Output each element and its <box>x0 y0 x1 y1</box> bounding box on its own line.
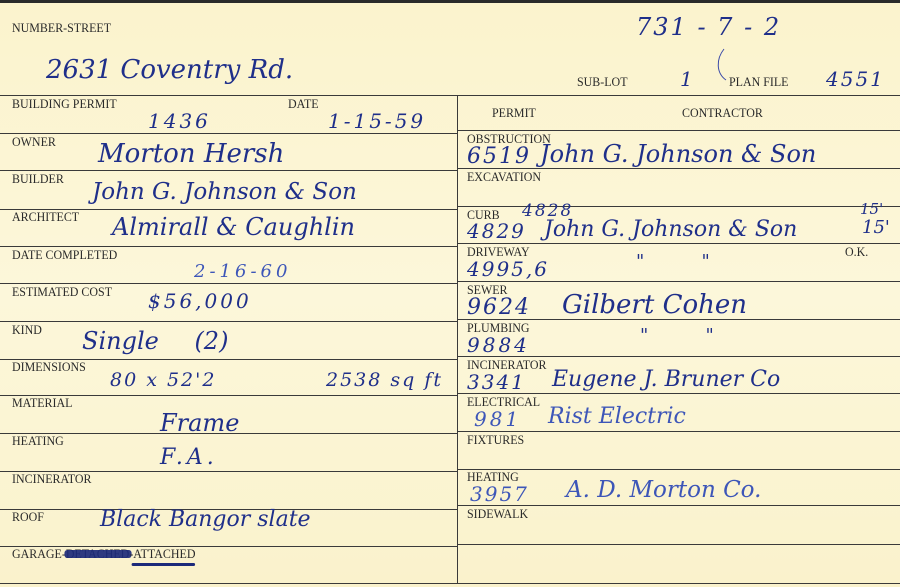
electrical-permit-no: 981 <box>474 409 521 429</box>
heating-contractor: A. D. Morton Co. <box>566 479 761 502</box>
ward-code-value: 731 - 7 - 2 <box>636 15 781 39</box>
contractor-column-header: CONTRACTOR <box>682 106 763 120</box>
architect-value: Almirall & Caughlin <box>112 215 355 239</box>
owner-value: Morton Hersh <box>98 141 284 167</box>
sewer-contractor: Gilbert Cohen <box>562 292 747 318</box>
plumbing-permit-no: 9884 <box>467 335 530 355</box>
sub-lot-label: SUB-LOT <box>577 75 627 89</box>
date-value: 1-15-59 <box>328 111 426 131</box>
driveway-permit-no: 4995,6 <box>467 259 549 279</box>
struck-detached-option: DETACHED <box>66 547 129 561</box>
driveway-status: O.K. <box>845 245 868 259</box>
curb-permit-no-b: 4829 <box>467 221 526 241</box>
floor-area-value: 2538 sq ft <box>326 371 443 390</box>
heating-permit-no: 3957 <box>470 484 529 504</box>
driveway-contractor-ditto: " " <box>636 253 710 271</box>
dimensions-value: 80 x 52'2 <box>110 371 216 390</box>
heating-value: F.A. <box>160 447 218 469</box>
obstruction-contractor: John G. Johnson & Son <box>540 142 816 166</box>
curb-contractor: John G. Johnson & Son <box>544 219 797 241</box>
incinerator-contractor: Eugene J. Bruner Co <box>552 369 780 391</box>
date-completed-value: 2-16-60 <box>194 263 291 281</box>
roof-value: Black Bangor slate <box>100 509 311 531</box>
garage-label: GARAGE-DETACHED-ATTACHED <box>12 547 195 561</box>
plan-file-value: 4551 <box>826 69 885 89</box>
kind-value: Single (2) <box>82 329 228 353</box>
number-street-label: NUMBER-STREET <box>12 21 111 35</box>
permit-column-header: PERMIT <box>492 106 536 120</box>
material-value: Frame <box>160 411 239 435</box>
attached-option-underlined: -ATTACHED <box>129 547 195 561</box>
obstruction-permit-no: 6519 <box>467 146 531 168</box>
sewer-permit-no: 9624 <box>467 297 531 319</box>
builder-value: John G. Johnson & Son <box>92 181 357 204</box>
plan-file-label: PLAN FILE <box>729 75 788 89</box>
electrical-contractor: Rist Electric <box>548 406 686 428</box>
bracket-mark-icon <box>712 47 732 83</box>
curb-note-top: 15' <box>860 202 883 217</box>
building-permit-value: 1436 <box>148 111 211 131</box>
sub-lot-value: 1 <box>680 69 693 89</box>
permit-index-card: NUMBER-STREET 2631 Coventry Rd. 731 - 7 … <box>0 0 900 587</box>
incinerator-permit-no: 3341 <box>467 372 526 392</box>
number-street-value: 2631 Coventry Rd. <box>46 57 293 83</box>
estimated-cost-value: $56,000 <box>148 291 252 311</box>
plumbing-contractor-ditto: " " <box>640 327 714 345</box>
curb-note: 15' <box>862 219 890 237</box>
